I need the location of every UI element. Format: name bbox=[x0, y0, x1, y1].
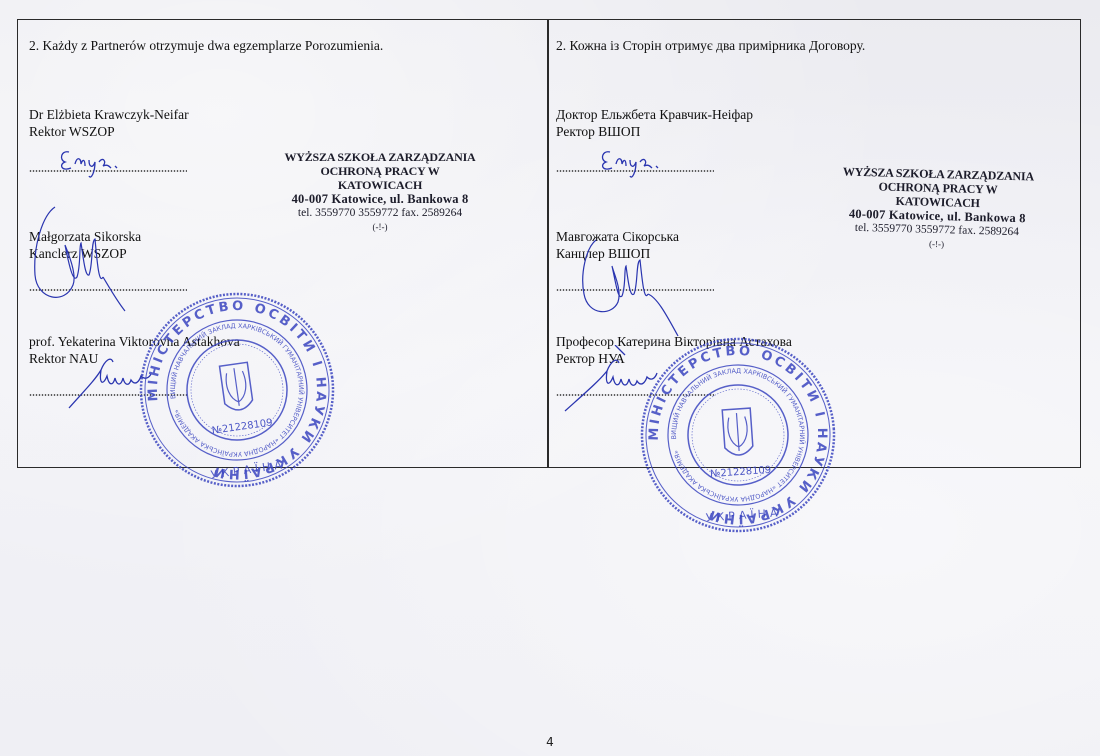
stamp-line: 40-007 Katowice, ul. Bankowa 8 bbox=[280, 192, 480, 206]
round-seal: МІНІСТЕРСТВО ОСВІТИ І НАУКИ УКРАЇНИ ВИЩИ… bbox=[631, 328, 844, 541]
round-seal: МІНІСТЕРСТВО ОСВІТИ І НАУКИ УКРАЇНИ ВИЩИ… bbox=[124, 277, 350, 503]
clause-text: 2. Każdy z Partnerów otrzymuje dwa egzem… bbox=[29, 37, 383, 54]
signature-krawczyk bbox=[596, 138, 676, 183]
stamp-line: OCHRONĄ PRACY W KATOWICACH bbox=[280, 164, 480, 192]
clause-text: 2. Кожна із Сторін отримує два примірник… bbox=[556, 37, 865, 54]
seal-code: №21228109 bbox=[710, 465, 772, 480]
signature-krawczyk bbox=[55, 138, 135, 183]
seal-code: №21228109 bbox=[211, 417, 273, 436]
institution-stamp: WYŻSZA SZKOŁA ZARZĄDZANIA OCHRONĄ PRACY … bbox=[280, 150, 480, 234]
institution-stamp: WYŻSZA SZKOŁA ZARZĄDZANIA OCHRONĄ PRACY … bbox=[834, 164, 1041, 253]
signature-sikorska bbox=[578, 238, 688, 338]
signatory-name: Доктор Ельжбета Кравчик-Неіфар bbox=[556, 106, 753, 123]
signatory-name: Dr Elżbieta Krawczyk-Neifar bbox=[29, 106, 189, 123]
stamp-line: tel. 3559770 3559772 fax. 2589264 bbox=[280, 206, 480, 220]
stamp-line: WYŻSZA SZKOŁA ZARZĄDZANIA bbox=[280, 150, 480, 164]
stamp-line: (-!-) bbox=[280, 220, 480, 234]
signature-sikorska bbox=[25, 205, 135, 315]
page-number: 4 bbox=[0, 735, 1100, 749]
